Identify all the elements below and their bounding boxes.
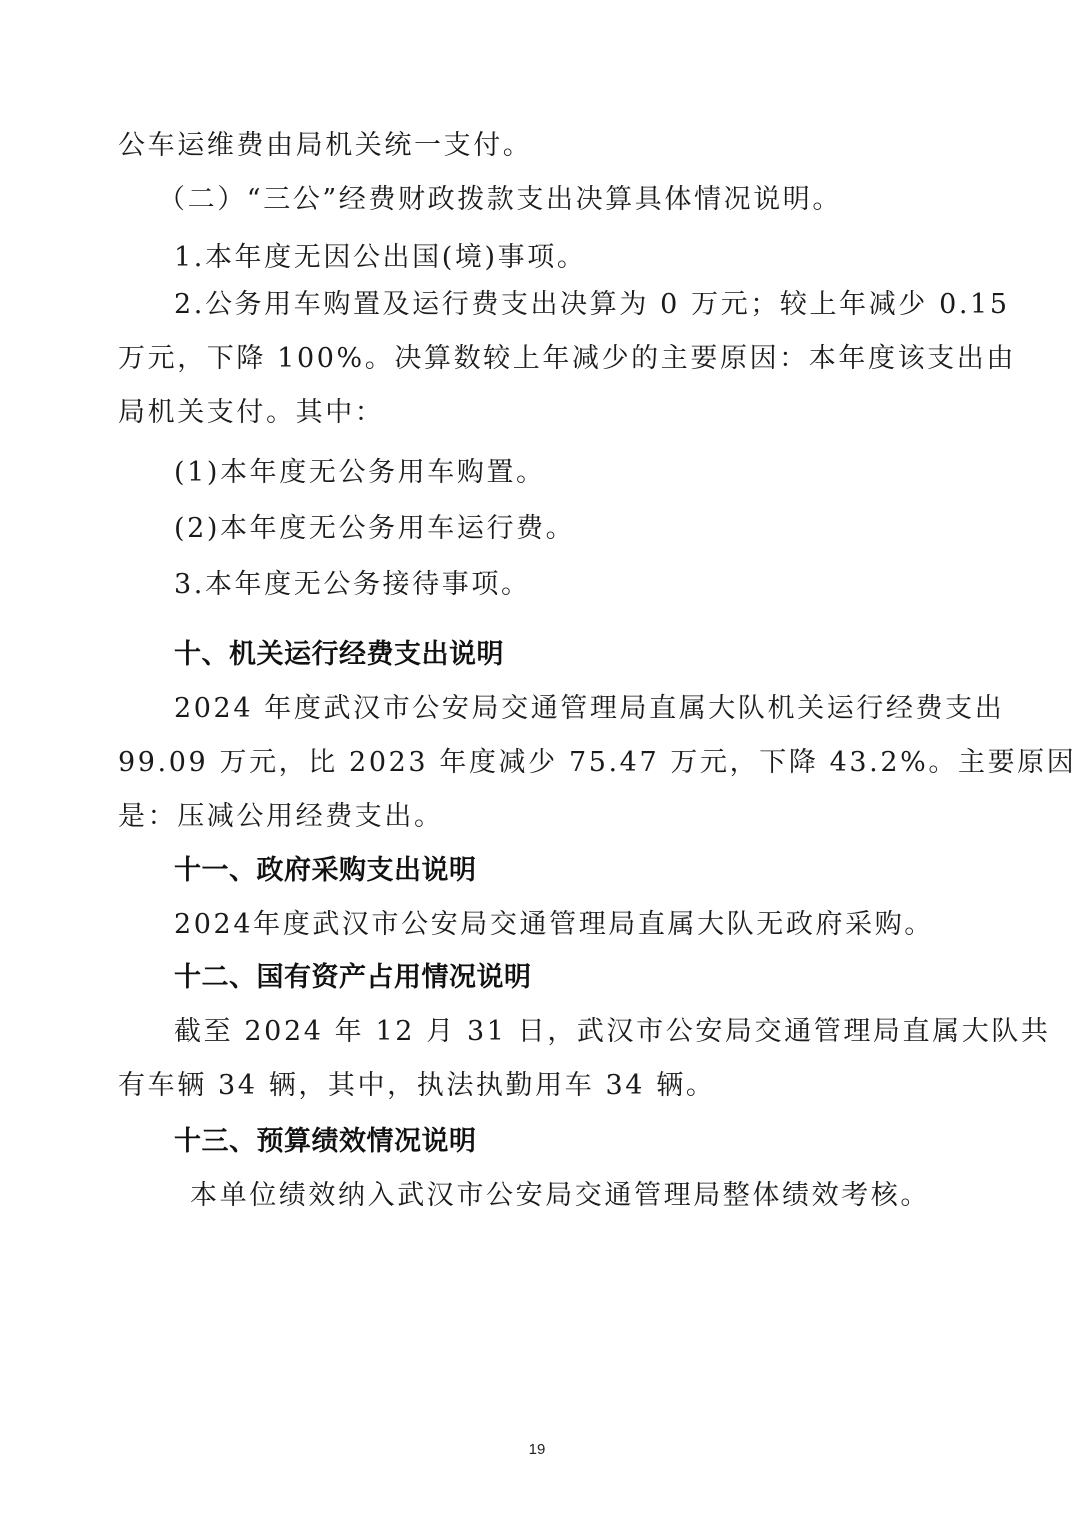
sub-item-2: (2)本年度无公务用车运行费。 [174,511,575,547]
sub-item-1: (1)本年度无公务用车购置。 [174,455,546,491]
paragraph-line: 公车运维费由局机关统一支付。 [118,128,532,164]
section-heading-10: 十、机关运行经费支出说明 [174,637,504,673]
subheading-three-public-expenses: （二）“三公”经费财政拨款支出决算具体情况说明。 [158,182,842,218]
paragraph-line: 2024年度武汉市公安局交通管理局直属大队无政府采购。 [174,907,934,943]
paragraph-line: 万元，下降 100%。决算数较上年减少的主要原因：本年度该支出由 [118,341,1016,377]
paragraph-line: 2024 年度武汉市公安局交通管理局直属大队机关运行经费支出 [174,691,1004,727]
paragraph-line: 局机关支付。其中： [118,395,384,431]
paragraph-line: 截至 2024 年 12 月 31 日，武汉市公安局交通管理局直属大队共 [174,1014,1051,1050]
section-heading-12: 十二、国有资产占用情况说明 [174,960,532,996]
list-item-3: 3.本年度无公务接待事项。 [174,567,531,603]
document-page: 公车运维费由局机关统一支付。 （二）“三公”经费财政拨款支出决算具体情况说明。 … [0,0,1074,1520]
paragraph-line: 99.09 万元，比 2023 年度减少 75.47 万元，下降 43.2%。主… [118,745,1074,781]
list-item-1: 1.本年度无因公出国(境)事项。 [174,240,586,276]
paragraph-line: 本单位绩效纳入武汉市公安局交通管理局整体绩效考核。 [190,1178,930,1214]
section-heading-13: 十三、预算绩效情况说明 [174,1124,477,1160]
section-heading-11: 十一、政府采购支出说明 [174,853,477,889]
paragraph-line: 有车辆 34 辆，其中，执法执勤用车 34 辆。 [118,1068,715,1104]
page-number: 19 [0,1441,1074,1458]
list-item-2: 2.公务用车购置及运行费支出决算为 0 万元；较上年减少 0.15 [174,287,1010,323]
paragraph-line: 是：压减公用经费支出。 [118,799,444,835]
